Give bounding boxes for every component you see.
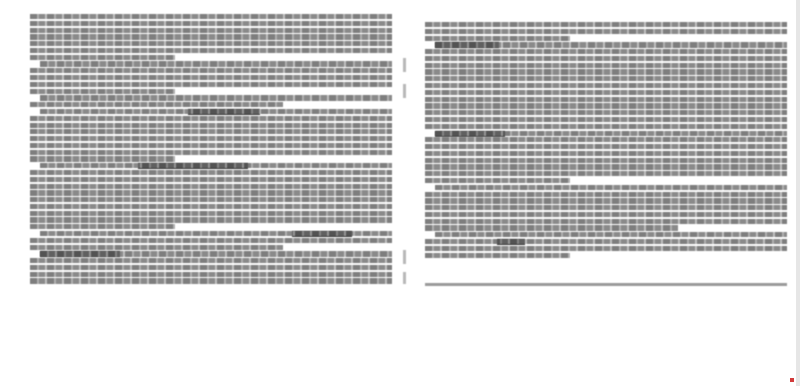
gutter-mark — [403, 58, 406, 72]
page-edge — [796, 0, 800, 386]
paragraph-6: SAINT-SAËNS — [30, 231, 392, 250]
text-line-opening: „Ich kann es nicht verstehen, wenn diese… — [30, 14, 392, 19]
paragraph-7: GABRIEL ... — [30, 251, 392, 283]
paragraph-r3 — [425, 131, 787, 184]
paragraph-r4 — [425, 185, 787, 231]
paragraph-4: GUY ROPARTZ — [30, 109, 392, 162]
paragraph-r1 — [425, 22, 787, 41]
right-column: JOSEPH JONGEN TEBEE — [425, 22, 787, 259]
corner-marker — [790, 378, 794, 382]
gutter-mark — [403, 84, 406, 98]
paragraph-r5: TEBEE — [425, 232, 787, 258]
paragraph-3 — [30, 95, 392, 107]
paragraph-r2: JOSEPH JONGEN — [425, 42, 787, 129]
gutter-mark — [403, 250, 406, 264]
section-divider-rule — [425, 283, 787, 286]
paragraph-5 — [30, 163, 392, 229]
gutter-mark — [403, 272, 406, 284]
left-column: „Ich kann es nicht verstehen, wenn diese… — [30, 14, 392, 285]
paragraph-2 — [30, 61, 392, 93]
paragraph-1: „Ich kann es nicht verstehen, wenn diese… — [30, 14, 392, 60]
